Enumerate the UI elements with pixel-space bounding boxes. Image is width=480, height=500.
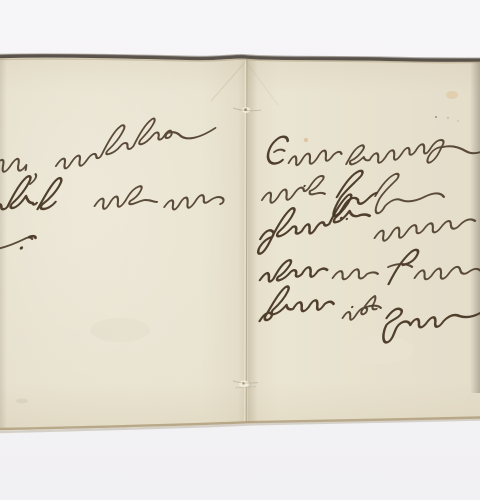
ink-speck xyxy=(447,117,448,118)
paper-mottle xyxy=(346,336,414,364)
ink-speck xyxy=(435,116,437,118)
stain-spot xyxy=(446,91,458,99)
ink-speck xyxy=(457,120,458,121)
right-edge-shade xyxy=(470,58,480,393)
paper-mottle xyxy=(90,318,150,342)
left-edge-shade xyxy=(0,58,7,430)
stain-spot xyxy=(304,138,308,142)
booklet-paper: Scan of an open small booklet (two-page … xyxy=(0,54,480,435)
pencil-smudge xyxy=(16,399,28,404)
manuscript-scan: Scan of an open small booklet (two-page … xyxy=(0,0,480,500)
manuscript-photo: Scan of an open small booklet (two-page … xyxy=(0,0,480,500)
scan-canvas: Scan of an open small booklet (two-page … xyxy=(0,0,480,500)
paper-sheen xyxy=(0,55,240,435)
fold-shadow-right xyxy=(248,58,258,423)
